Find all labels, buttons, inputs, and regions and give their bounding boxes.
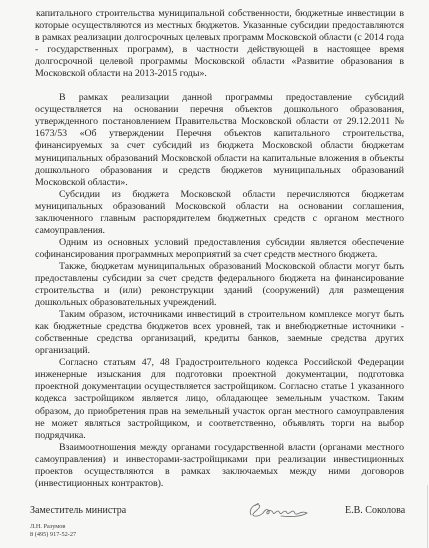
paragraph-7: Согласно статьям 47, 48 Градостроительно… [35,357,404,441]
paragraph-4: Одним из основных условий предоставления… [35,237,404,261]
document-page: капитального строительства муниципальной… [0,0,429,548]
signature-block: Заместитель министра Е.В. Соколова [30,501,410,521]
signer-position: Заместитель министра [30,505,126,516]
executor-name: Л.Н. Разумов [30,523,76,531]
letter-body: капитального строительства муниципальной… [35,8,404,490]
signer-name: Е.В. Соколова [345,505,405,516]
executor-phone: 8 (495) 917-52-27 [30,531,76,539]
paragraph-8: Взаимоотношения между органами государст… [35,442,404,490]
paragraph-2: В рамках реализации данной программы пре… [35,92,404,188]
handwritten-signature-icon [245,499,315,521]
paragraph-1: капитального строительства муниципальной… [35,8,404,80]
paragraph-3: Субсидии из бюджета Московской области п… [35,189,404,237]
paragraph-5: Также, бюджетам муниципальных образовани… [35,261,404,309]
paragraph-6: Таким образом, источниками инвестиций в … [35,309,404,357]
page-edge-divider [427,485,428,548]
executor-info: Л.Н. Разумов 8 (495) 917-52-27 [30,523,76,539]
